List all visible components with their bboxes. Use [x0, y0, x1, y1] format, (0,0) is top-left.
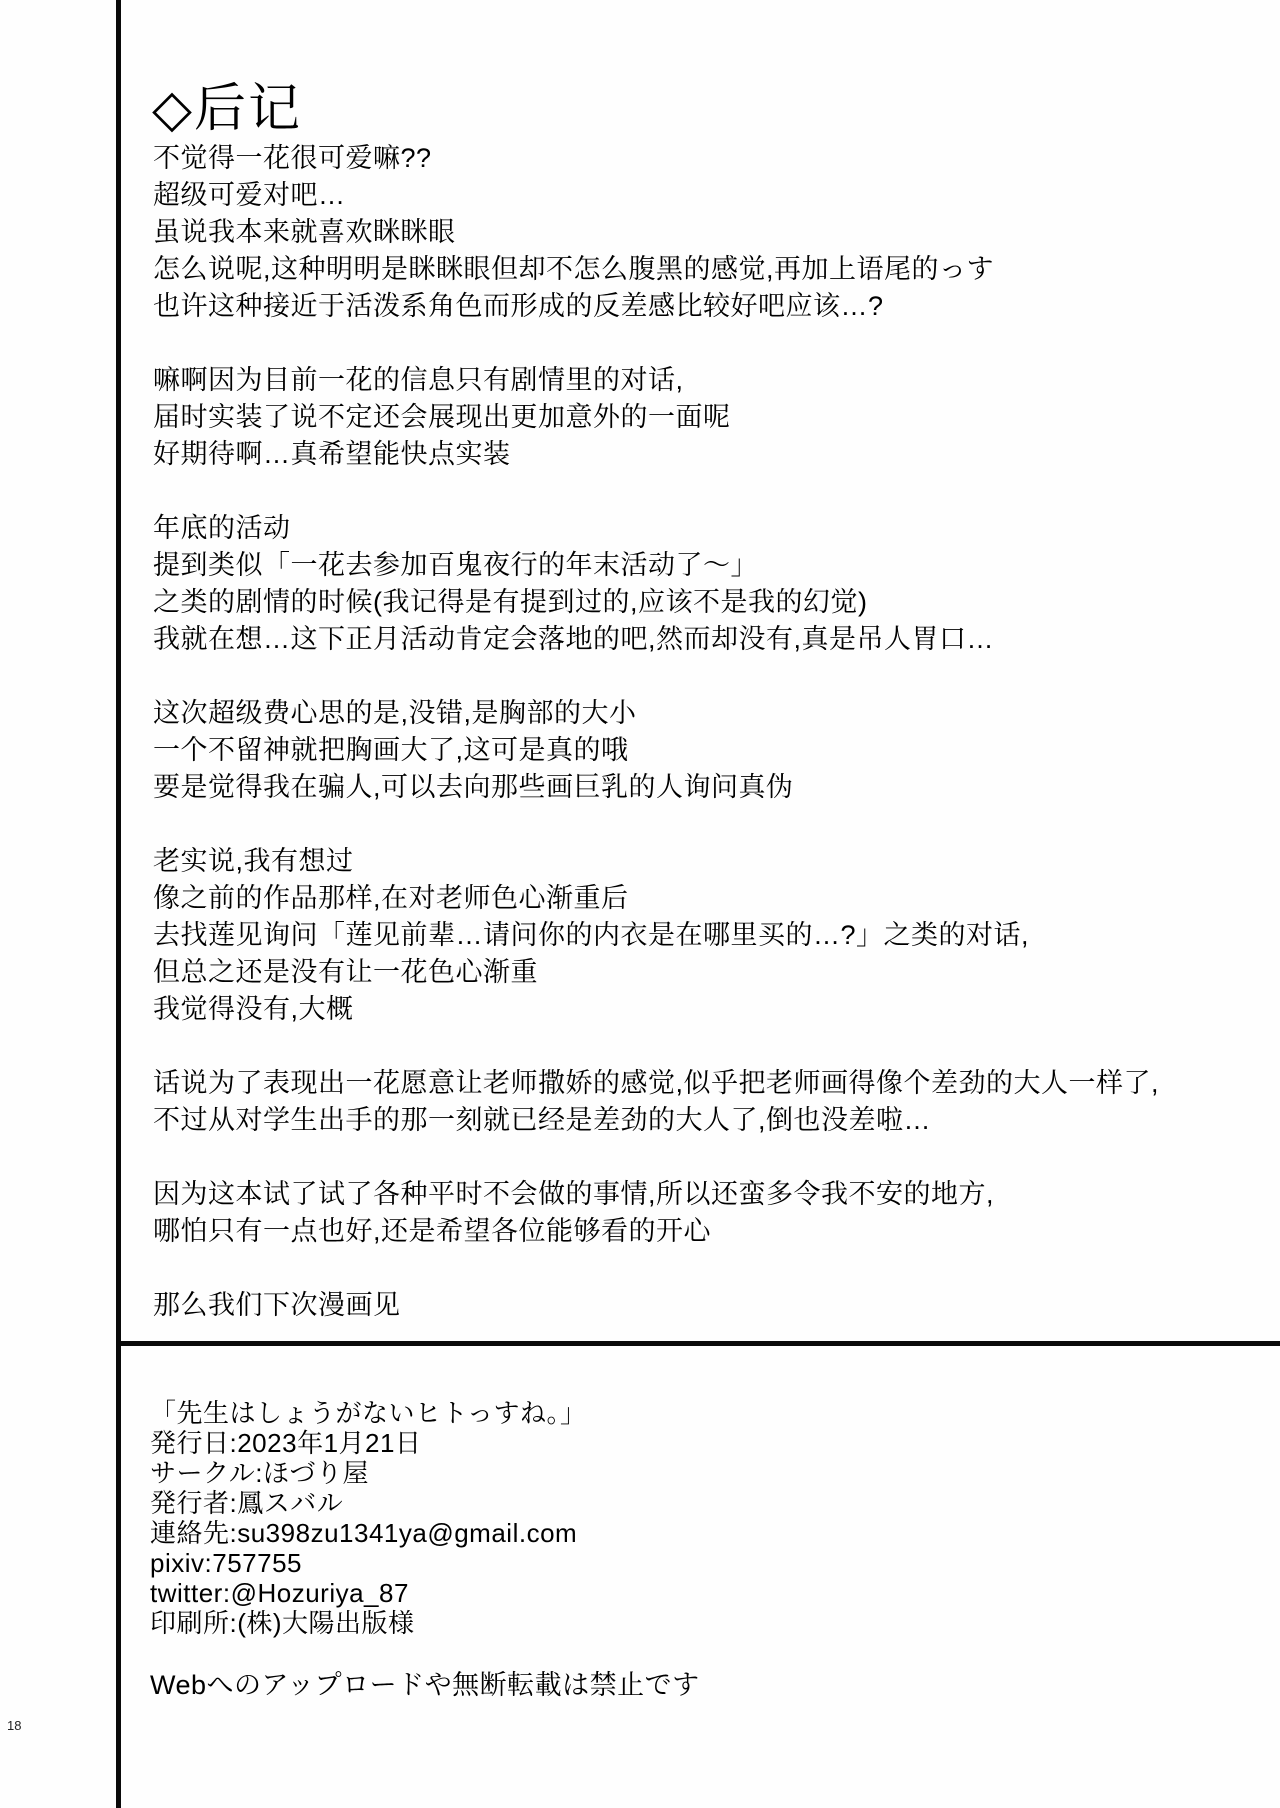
text-line: 我就在想…这下正月活动肯定会落地的吧,然而却没有,真是吊人胃口… — [153, 621, 1273, 658]
text-line: 那么我们下次漫画见 — [153, 1287, 1273, 1324]
colophon-line: pixiv:757755 — [150, 1548, 1230, 1578]
text-line: 也许这种接近于活泼系角色而形成的反差感比较好吧应该…? — [153, 288, 1273, 325]
text-line: 因为这本试了试了各种平时不会做的事情,所以还蛮多令我不安的地方, — [153, 1176, 1273, 1213]
text-line: 话说为了表现出一花愿意让老师撒娇的感觉,似乎把老师画得像个差劲的大人一样了, — [153, 1065, 1273, 1102]
text-line: 之类的剧情的时候(我记得是有提到过的,应该不是我的幻觉) — [153, 584, 1273, 621]
colophon-line: 印刷所:(株)大陽出版様 — [150, 1608, 1230, 1638]
text-line: 嘛啊因为目前一花的信息只有剧情里的对话, — [153, 362, 1273, 399]
text-line: 怎么说呢,这种明明是眯眯眼但却不怎么腹黑的感觉,再加上语尾的っす — [153, 251, 1273, 288]
text-line: 老实说,我有想过 — [153, 843, 1273, 880]
upload-prohibition-notice: Webへのアップロードや無断転載は禁止です — [150, 1668, 700, 1702]
page-number: 18 — [7, 1718, 21, 1733]
colophon-line: 発行日:2023年1月21日 — [150, 1428, 1230, 1458]
text-line: 但总之还是没有让一花色心渐重 — [153, 954, 1273, 991]
text-line: 提到类似「一花去参加百鬼夜行的年末活动了〜」 — [153, 547, 1273, 584]
text-line: 去找莲见询问「莲见前辈…请问你的内衣是在哪里买的…?」之类的对话, — [153, 917, 1273, 954]
text-line: 不觉得一花很可爱嘛?? — [153, 140, 1273, 177]
afterword-page: ◇后记 不觉得一花很可爱嘛??超级可爱对吧…虽说我本来就喜欢眯眯眼怎么说呢,这种… — [0, 0, 1280, 1808]
afterword-heading: ◇后记 — [152, 79, 302, 139]
afterword-body: 不觉得一花很可爱嘛??超级可爱对吧…虽说我本来就喜欢眯眯眼怎么说呢,这种明明是眯… — [153, 140, 1273, 1361]
colophon-line: 発行者:鳳スバル — [150, 1488, 1230, 1518]
text-line: 要是觉得我在骗人,可以去向那些画巨乳的人询问真伪 — [153, 769, 1273, 806]
text-line: 超级可爱对吧… — [153, 177, 1273, 214]
text-line: 像之前的作品那样,在对老师色心渐重后 — [153, 880, 1273, 917]
paragraph: 话说为了表现出一花愿意让老师撒娇的感觉,似乎把老师画得像个差劲的大人一样了,不过… — [153, 1065, 1273, 1139]
paragraph: 年底的活动提到类似「一花去参加百鬼夜行的年末活动了〜」之类的剧情的时候(我记得是… — [153, 510, 1273, 658]
text-line: 届时实装了说不定还会展现出更加意外的一面呢 — [153, 399, 1273, 436]
paragraph: 嘛啊因为目前一花的信息只有剧情里的对话,届时实装了说不定还会展现出更加意外的一面… — [153, 362, 1273, 473]
paragraph: 因为这本试了试了各种平时不会做的事情,所以还蛮多令我不安的地方,哪怕只有一点也好… — [153, 1176, 1273, 1250]
text-line: 哪怕只有一点也好,还是希望各位能够看的开心 — [153, 1213, 1273, 1250]
text-line: 好期待啊…真希望能快点实装 — [153, 436, 1273, 473]
colophon-line: 連絡先:su398zu1341ya@gmail.com — [150, 1518, 1230, 1548]
text-line: 年底的活动 — [153, 510, 1273, 547]
paragraph: 不觉得一花很可爱嘛??超级可爱对吧…虽说我本来就喜欢眯眯眼怎么说呢,这种明明是眯… — [153, 140, 1273, 325]
colophon-line: 「先生はしょうがないヒトっすね。」 — [150, 1398, 1230, 1428]
colophon-line: twitter:@Hozuriya_87 — [150, 1578, 1230, 1608]
colophon-line: サークル:ほづり屋 — [150, 1458, 1230, 1488]
text-line: 我觉得没有,大概 — [153, 991, 1273, 1028]
paragraph: 这次超级费心思的是,没错,是胸部的大小一个不留神就把胸画大了,这可是真的哦要是觉… — [153, 695, 1273, 806]
paragraph: 老实说,我有想过像之前的作品那样,在对老师色心渐重后去找莲见询问「莲见前辈…请问… — [153, 843, 1273, 1028]
paragraph: 那么我们下次漫画见 — [153, 1287, 1273, 1324]
text-line: 一个不留神就把胸画大了,这可是真的哦 — [153, 732, 1273, 769]
colophon-block: 「先生はしょうがないヒトっすね。」発行日:2023年1月21日サークル:ほづり屋… — [150, 1398, 1230, 1638]
page-left-border-line — [116, 0, 121, 1808]
text-line: 不过从对学生出手的那一刻就已经是差劲的大人了,倒也没差啦… — [153, 1102, 1273, 1139]
text-line: 虽说我本来就喜欢眯眯眼 — [153, 214, 1273, 251]
text-line: 这次超级费心思的是,没错,是胸部的大小 — [153, 695, 1273, 732]
section-divider-line — [116, 1341, 1280, 1346]
